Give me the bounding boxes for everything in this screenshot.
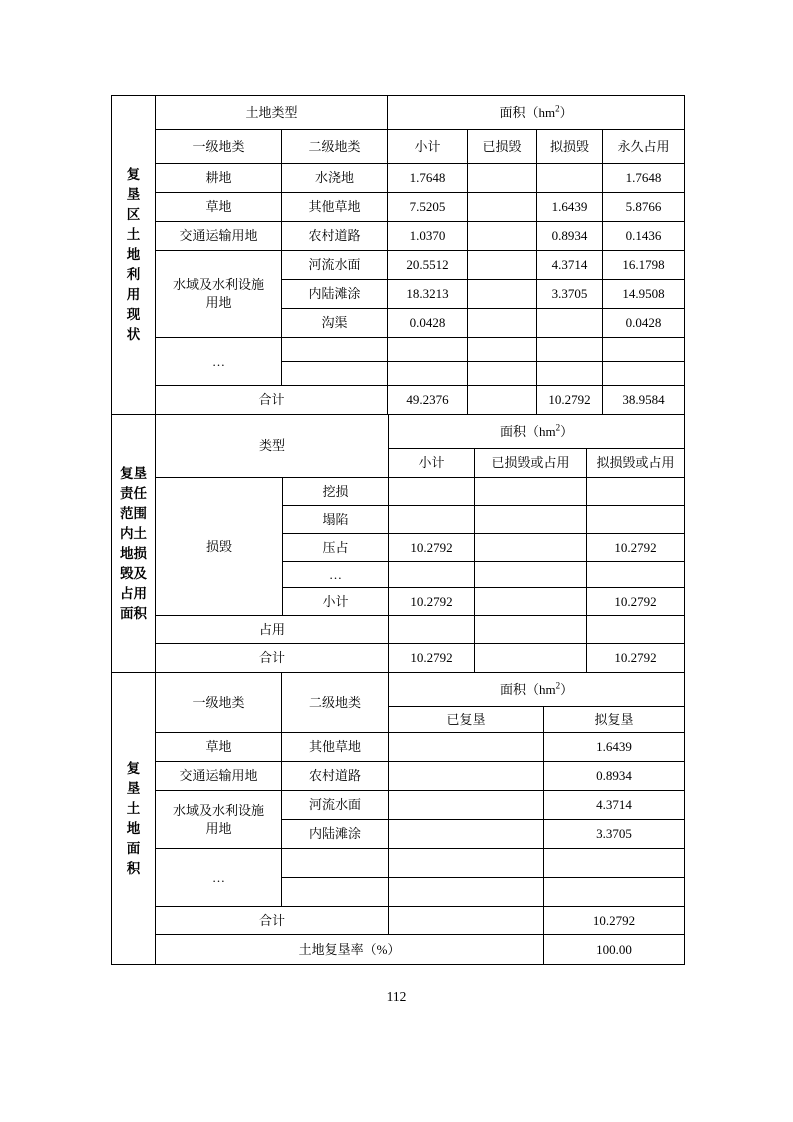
cell-value: 10.2792	[587, 534, 685, 562]
cell-value	[468, 362, 537, 386]
reclamation-tables: 复垦区土地利用现状 土地类型 面积（hm2） 一级地类 二级地类 小计 已损毁 …	[111, 95, 684, 965]
column-header: 小计	[389, 449, 475, 478]
cell-value	[537, 309, 603, 338]
cell-value: 10.2792	[544, 907, 685, 935]
row-group-label: 复垦区土地利用现状	[112, 96, 156, 415]
table-row: 草地 其他草地 7.5205 1.6439 5.8766	[112, 193, 685, 222]
cell-value	[587, 616, 685, 644]
table-cell	[282, 338, 388, 362]
column-header: 已损毁	[468, 130, 537, 164]
column-header: 拟损毁或占用	[587, 449, 685, 478]
cell-value	[603, 362, 685, 386]
area-unit-header: 面积（hm2）	[389, 415, 685, 449]
cell-value: 10.2792	[537, 386, 603, 415]
table-row: 土地复垦率（%） 100.00	[112, 935, 685, 965]
cell-value	[468, 193, 537, 222]
table-cell: 沟渠	[282, 309, 388, 338]
cell-value	[389, 791, 544, 820]
table-cell	[282, 362, 388, 386]
cell-value	[389, 478, 475, 506]
cell-value: 4.3714	[537, 251, 603, 280]
table-cell: 草地	[156, 193, 282, 222]
table-cell: 压占	[283, 534, 389, 562]
cell-value: 20.5512	[388, 251, 468, 280]
column-header: 土地类型	[156, 96, 388, 130]
table-cell: 水域及水利设施用地	[156, 251, 282, 338]
cell-value	[475, 588, 587, 616]
cell-value: 7.5205	[388, 193, 468, 222]
cell-value: 1.7648	[603, 164, 685, 193]
table-row: 合计 49.2376 10.2792 38.9584	[112, 386, 685, 415]
cell-value: 0.8934	[544, 762, 685, 791]
cell-value: 1.6439	[544, 733, 685, 762]
cell-value: 0.0428	[603, 309, 685, 338]
cell-value: 0.1436	[603, 222, 685, 251]
column-header: 类型	[156, 415, 389, 478]
cell-value	[537, 164, 603, 193]
column-header: 已复垦	[389, 707, 544, 733]
cell-value	[468, 386, 537, 415]
cell-value	[389, 616, 475, 644]
cell-value	[468, 251, 537, 280]
ellipsis-cell: …	[283, 562, 389, 588]
table-cell: 内陆滩涂	[282, 820, 389, 849]
cell-value	[537, 362, 603, 386]
cell-value	[389, 762, 544, 791]
cell-value	[475, 506, 587, 534]
table-cell	[282, 878, 389, 907]
row-group-label: 复垦责任范围内土地损毁及占用面积	[112, 415, 156, 673]
cell-value	[475, 644, 587, 673]
cell-value: 10.2792	[587, 644, 685, 673]
table-row: 合计 10.2792 10.2792	[112, 644, 685, 673]
ellipsis-cell: …	[156, 849, 282, 907]
table-cell: 耕地	[156, 164, 282, 193]
table-cell: 水浇地	[282, 164, 388, 193]
cell-value: 14.9508	[603, 280, 685, 309]
cell-value: 5.8766	[603, 193, 685, 222]
cell-value	[475, 562, 587, 588]
table-cell: 河流水面	[282, 251, 388, 280]
table-row: 占用	[112, 616, 685, 644]
cell-value: 3.3705	[544, 820, 685, 849]
page-number: 112	[0, 989, 793, 1005]
table-row: 交通运输用地 农村道路 1.0370 0.8934 0.1436	[112, 222, 685, 251]
column-header: 已损毁或占用	[475, 449, 587, 478]
table-cell: 小计	[283, 588, 389, 616]
table-row: 草地 其他草地 1.6439	[112, 733, 685, 762]
cell-value	[389, 506, 475, 534]
cell-value: 1.6439	[537, 193, 603, 222]
cell-value: 3.3705	[537, 280, 603, 309]
column-header: 永久占用	[603, 130, 685, 164]
cell-value: 49.2376	[388, 386, 468, 415]
table-row: 耕地 水浇地 1.7648 1.7648	[112, 164, 685, 193]
cell-value	[475, 478, 587, 506]
cell-value	[389, 907, 544, 935]
cell-value	[544, 849, 685, 878]
total-label: 合计	[156, 644, 389, 673]
table-cell: 损毁	[156, 478, 283, 616]
cell-value	[388, 362, 468, 386]
total-label: 合计	[156, 386, 388, 415]
cell-value	[389, 849, 544, 878]
cell-value	[475, 616, 587, 644]
cell-value	[468, 280, 537, 309]
table-cell: 塌陷	[283, 506, 389, 534]
cell-value	[468, 338, 537, 362]
cell-value: 0.8934	[537, 222, 603, 251]
cell-value	[587, 478, 685, 506]
cell-value: 18.3213	[388, 280, 468, 309]
column-header: 拟复垦	[544, 707, 685, 733]
table-row: 水域及水利设施用地 河流水面 4.3714	[112, 791, 685, 820]
cell-value	[389, 733, 544, 762]
cell-value: 16.1798	[603, 251, 685, 280]
table-cell: 挖损	[283, 478, 389, 506]
cell-value	[587, 506, 685, 534]
column-header: 一级地类	[156, 673, 282, 733]
cell-value	[468, 309, 537, 338]
area-unit-header: 面积（hm2）	[389, 673, 685, 707]
cell-value: 0.0428	[388, 309, 468, 338]
table-cell	[282, 849, 389, 878]
cell-value: 1.0370	[388, 222, 468, 251]
cell-value: 1.7648	[388, 164, 468, 193]
column-header: 二级地类	[282, 130, 388, 164]
cell-value: 10.2792	[389, 644, 475, 673]
cell-value	[587, 562, 685, 588]
reclaimed-land-table: 复垦土地面积 一级地类 二级地类 面积（hm2） 已复垦 拟复垦 草地 其他草地…	[111, 672, 685, 965]
cell-value	[475, 534, 587, 562]
table-row: 复垦责任范围内土地损毁及占用面积 类型 面积（hm2）	[112, 415, 685, 449]
table-cell: 草地	[156, 733, 282, 762]
column-header: 二级地类	[282, 673, 389, 733]
cell-value	[388, 338, 468, 362]
cell-value: 10.2792	[587, 588, 685, 616]
cell-value	[603, 338, 685, 362]
column-header: 一级地类	[156, 130, 282, 164]
cell-value: 4.3714	[544, 791, 685, 820]
cell-value	[389, 878, 544, 907]
area-unit-header: 面积（hm2）	[388, 96, 685, 130]
cell-value: 10.2792	[389, 534, 475, 562]
table-row: 复垦土地面积 一级地类 二级地类 面积（hm2）	[112, 673, 685, 707]
cell-value	[389, 562, 475, 588]
table-cell: 其他草地	[282, 193, 388, 222]
cell-value	[468, 164, 537, 193]
cell-value: 38.9584	[603, 386, 685, 415]
table-row: 水域及水利设施用地 河流水面 20.5512 4.3714 16.1798	[112, 251, 685, 280]
table-cell: 农村道路	[282, 222, 388, 251]
ellipsis-cell: …	[156, 338, 282, 386]
table-cell: 水域及水利设施用地	[156, 791, 282, 849]
total-label: 合计	[156, 907, 389, 935]
table-row: 复垦区土地利用现状 土地类型 面积（hm2）	[112, 96, 685, 130]
cell-value	[468, 222, 537, 251]
table-cell: 内陆滩涂	[282, 280, 388, 309]
table-row: …	[112, 849, 685, 878]
table-row: …	[112, 338, 685, 362]
table-row: 一级地类 二级地类 小计 已损毁 拟损毁 永久占用	[112, 130, 685, 164]
table-row: 合计 10.2792	[112, 907, 685, 935]
table-cell: 其他草地	[282, 733, 389, 762]
cell-value	[544, 878, 685, 907]
table-cell: 交通运输用地	[156, 762, 282, 791]
cell-value	[537, 338, 603, 362]
table-row: 交通运输用地 农村道路 0.8934	[112, 762, 685, 791]
cell-value: 10.2792	[389, 588, 475, 616]
reclamation-rate-value: 100.00	[544, 935, 685, 965]
reclamation-rate-label: 土地复垦率（%）	[156, 935, 544, 965]
table-cell: 交通运输用地	[156, 222, 282, 251]
cell-value	[389, 820, 544, 849]
table-cell: 农村道路	[282, 762, 389, 791]
table-row: 损毁 挖损	[112, 478, 685, 506]
table-cell: 占用	[156, 616, 389, 644]
column-header: 拟损毁	[537, 130, 603, 164]
document-page: 复垦区土地利用现状 土地类型 面积（hm2） 一级地类 二级地类 小计 已损毁 …	[0, 0, 793, 1122]
land-use-status-table: 复垦区土地利用现状 土地类型 面积（hm2） 一级地类 二级地类 小计 已损毁 …	[111, 95, 685, 415]
column-header: 小计	[388, 130, 468, 164]
table-cell: 河流水面	[282, 791, 389, 820]
row-group-label: 复垦土地面积	[112, 673, 156, 965]
damage-occupation-table: 复垦责任范围内土地损毁及占用面积 类型 面积（hm2） 小计 已损毁或占用 拟损…	[111, 414, 685, 673]
